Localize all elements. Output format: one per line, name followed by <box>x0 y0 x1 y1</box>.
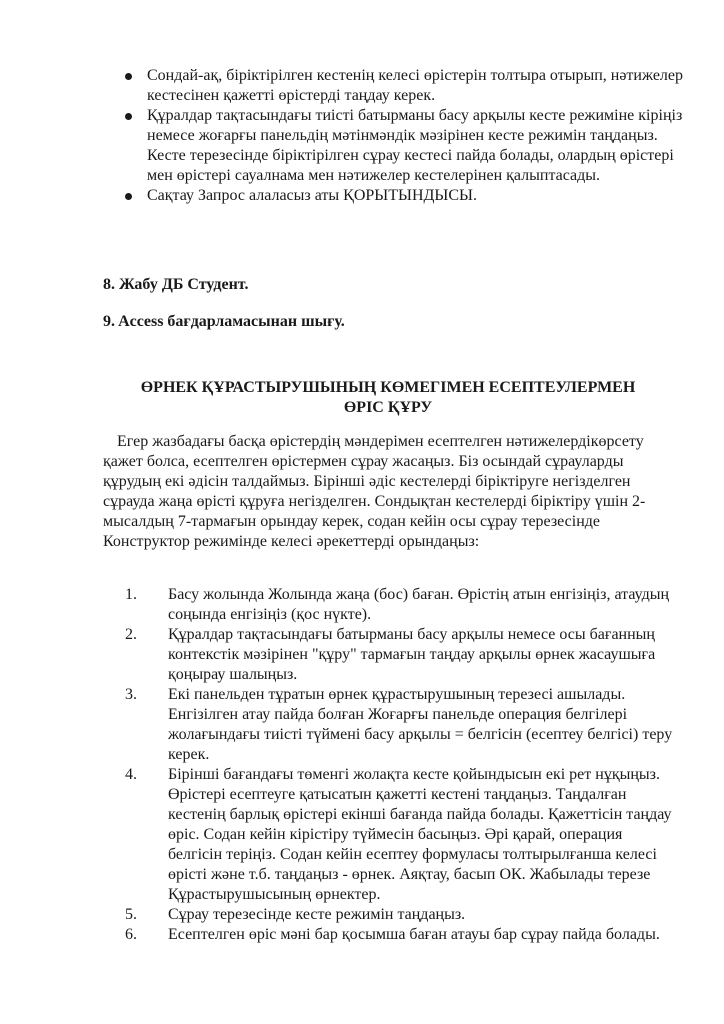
item-number: 4. <box>125 765 137 785</box>
item-number: 2. <box>125 625 137 645</box>
section-title-line2: ӨРІС ҚҰРУ <box>103 398 673 418</box>
item-number: 6. <box>125 925 137 945</box>
item-text: Есептелген өріс мәні бар қосымша баған а… <box>168 926 660 943</box>
intro-paragraph: Егер жазбадағы басқа өрістердің мәндерім… <box>103 432 675 552</box>
bullet-item: Құралдар тақтасындағы тиісті батырманы б… <box>103 106 693 186</box>
step-9-heading: 9. Access бағдарламасынан шығу. <box>103 312 345 332</box>
numbered-item: 6. Есептелген өріс мәні бар қосымша баға… <box>103 925 675 945</box>
item-number: 3. <box>125 685 137 705</box>
numbered-item: 3. Екі панельден тұратын өрнек құрастыру… <box>103 685 675 765</box>
item-text: Құралдар тақтасындағы батырманы басу арқ… <box>168 626 655 683</box>
numbered-item: 5. Сұрау терезесінде кесте режимін таңда… <box>103 905 675 925</box>
bullet-icon <box>125 113 132 120</box>
bullet-icon <box>125 193 132 200</box>
item-number: 1. <box>125 585 137 605</box>
item-text: Сұрау терезесінде кесте режимін таңдаңыз… <box>168 906 465 923</box>
numbered-item: 4. Бірінші бағандағы төменгі жолақта кес… <box>103 765 675 905</box>
item-text: Бірінші бағандағы төменгі жолақта кесте … <box>168 766 672 903</box>
section-title: ӨРНЕК ҚҰРАСТЫРУШЫНЫҢ КӨМЕГІМЕН ЕСЕПТЕУЛЕ… <box>103 378 673 418</box>
numbered-list: 1. Басу жолында Жолында жаңа (бос) баған… <box>103 585 675 945</box>
numbered-item: 2. Құралдар тақтасындағы батырманы басу … <box>103 625 675 685</box>
step-8-heading: 8. Жабу ДБ Студент. <box>103 275 248 295</box>
item-text: Басу жолында Жолында жаңа (бос) баған. Ө… <box>168 586 669 623</box>
bullet-item: Сақтау Запрос алаласыз аты ҚОРЫТЫНДЫСЫ. <box>103 186 693 206</box>
bullet-icon <box>125 73 132 80</box>
section-title-line1: ӨРНЕК ҚҰРАСТЫРУШЫНЫҢ КӨМЕГІМЕН ЕСЕПТЕУЛЕ… <box>103 378 673 398</box>
item-text: Екі панельден тұратын өрнек құрастырушын… <box>168 686 672 763</box>
bullet-text: Құралдар тақтасындағы тиісті батырманы б… <box>147 107 682 184</box>
bullet-text: Сақтау Запрос алаласыз аты ҚОРЫТЫНДЫСЫ. <box>147 187 477 204</box>
item-number: 5. <box>125 905 137 925</box>
bullet-text: Сондай-ақ, біріктірілген кестенің келесі… <box>147 67 683 104</box>
bullet-item: Сондай-ақ, біріктірілген кестенің келесі… <box>103 66 693 106</box>
numbered-item: 1. Басу жолында Жолында жаңа (бос) баған… <box>103 585 675 625</box>
document-page: Сондай-ақ, біріктірілген кестенің келесі… <box>0 0 724 1024</box>
bullet-list: Сондай-ақ, біріктірілген кестенің келесі… <box>103 66 693 206</box>
